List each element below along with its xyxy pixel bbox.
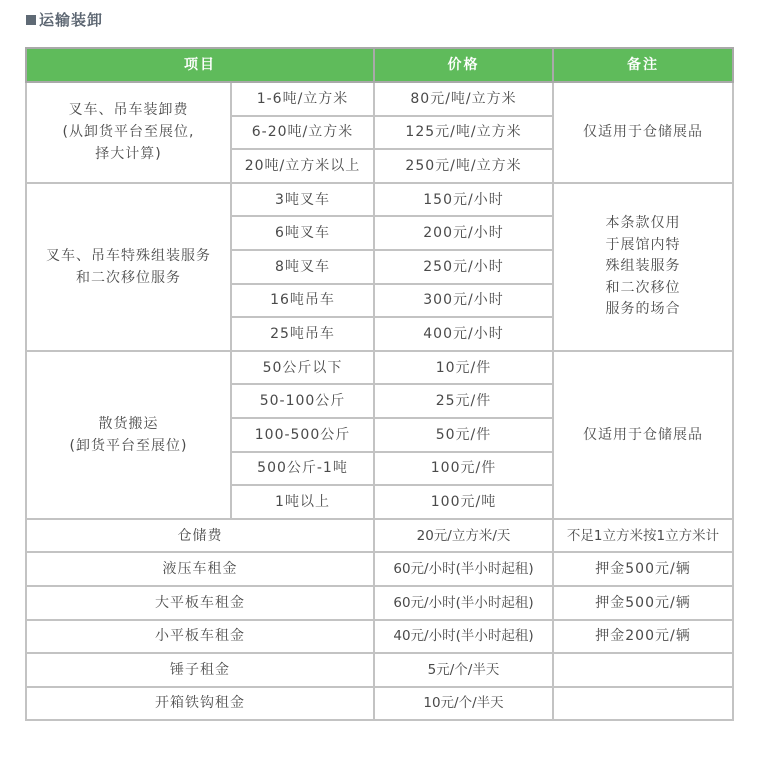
spec-cell: 500公斤-1吨	[231, 452, 374, 486]
price-cell: 50元/件	[374, 418, 553, 452]
note-cell: 押金500元/辆	[553, 552, 733, 586]
spec-cell: 1吨以上	[231, 485, 374, 519]
price-cell: 100元/件	[374, 452, 553, 486]
table-row: 大平板车租金 60元/小时(半小时起租) 押金500元/辆	[26, 586, 733, 620]
price-cell: 10元/件	[374, 351, 553, 385]
spec-cell: 50公斤以下	[231, 351, 374, 385]
table-row: 锤子租金 5元/个/半天	[26, 653, 733, 687]
spec-cell: 6-20吨/立方米	[231, 116, 374, 150]
table-header-row: 项目 价格 备注	[26, 48, 733, 82]
spec-cell: 20吨/立方米以上	[231, 149, 374, 183]
spec-cell: 3吨叉车	[231, 183, 374, 217]
price-cell: 60元/小时(半小时起租)	[374, 586, 553, 620]
price-cell: 100元/吨	[374, 485, 553, 519]
square-bullet-icon	[26, 15, 36, 25]
spec-cell: 50-100公斤	[231, 384, 374, 418]
group-label-special-assembly: 叉车、吊车特殊组装服务 和二次移位服务	[26, 183, 231, 351]
table-row: 叉车、吊车装卸费 (从卸货平台至展位, 择大计算) 1-6吨/立方米 80元/吨…	[26, 82, 733, 116]
item-cell: 小平板车租金	[26, 620, 374, 654]
spec-cell: 25吨吊车	[231, 317, 374, 351]
price-cell: 40元/小时(半小时起租)	[374, 620, 553, 654]
spec-cell: 8吨叉车	[231, 250, 374, 284]
price-cell: 250元/小时	[374, 250, 553, 284]
group-label-bulk-handling: 散货搬运 (卸货平台至展位)	[26, 351, 231, 519]
header-price: 价格	[374, 48, 553, 82]
price-cell: 25元/件	[374, 384, 553, 418]
item-cell: 锤子租金	[26, 653, 374, 687]
price-cell: 125元/吨/立方米	[374, 116, 553, 150]
section-title-text: 运输装卸	[39, 9, 103, 30]
price-cell: 20元/立方米/天	[374, 519, 553, 553]
item-cell: 液压车租金	[26, 552, 374, 586]
price-cell: 60元/小时(半小时起租)	[374, 552, 553, 586]
item-cell: 仓储费	[26, 519, 374, 553]
note-cell: 不足1立方米按1立方米计	[553, 519, 733, 553]
price-cell: 5元/个/半天	[374, 653, 553, 687]
price-cell: 10元/个/半天	[374, 687, 553, 721]
header-item: 项目	[26, 48, 374, 82]
table-row: 叉车、吊车特殊组装服务 和二次移位服务 3吨叉车 150元/小时 本条款仅用 于…	[26, 183, 733, 217]
section-title: 运输装卸	[26, 9, 103, 30]
note-cell	[553, 687, 733, 721]
table-row: 仓储费 20元/立方米/天 不足1立方米按1立方米计	[26, 519, 733, 553]
price-cell: 300元/小时	[374, 284, 553, 318]
table-row: 散货搬运 (卸货平台至展位) 50公斤以下 10元/件 仅适用于仓储展品	[26, 351, 733, 385]
group-label-loading-fee: 叉车、吊车装卸费 (从卸货平台至展位, 择大计算)	[26, 82, 231, 183]
item-cell: 大平板车租金	[26, 586, 374, 620]
note-cell: 仅适用于仓储展品	[553, 82, 733, 183]
note-cell: 仅适用于仓储展品	[553, 351, 733, 519]
note-cell: 押金500元/辆	[553, 586, 733, 620]
price-cell: 80元/吨/立方米	[374, 82, 553, 116]
price-cell: 150元/小时	[374, 183, 553, 217]
note-cell	[553, 653, 733, 687]
spec-cell: 6吨叉车	[231, 216, 374, 250]
spec-cell: 16吨吊车	[231, 284, 374, 318]
table-row: 开箱铁钩租金 10元/个/半天	[26, 687, 733, 721]
spec-cell: 100-500公斤	[231, 418, 374, 452]
table-row: 液压车租金 60元/小时(半小时起租) 押金500元/辆	[26, 552, 733, 586]
note-cell: 本条款仅用 于展馆内特 殊组装服务 和二次移位 服务的场合	[553, 183, 733, 351]
header-note: 备注	[553, 48, 733, 82]
item-cell: 开箱铁钩租金	[26, 687, 374, 721]
pricing-table: 项目 价格 备注 叉车、吊车装卸费 (从卸货平台至展位, 择大计算) 1-6吨/…	[25, 47, 734, 721]
price-cell: 400元/小时	[374, 317, 553, 351]
table-row: 小平板车租金 40元/小时(半小时起租) 押金200元/辆	[26, 620, 733, 654]
spec-cell: 1-6吨/立方米	[231, 82, 374, 116]
price-cell: 200元/小时	[374, 216, 553, 250]
note-cell: 押金200元/辆	[553, 620, 733, 654]
price-cell: 250元/吨/立方米	[374, 149, 553, 183]
